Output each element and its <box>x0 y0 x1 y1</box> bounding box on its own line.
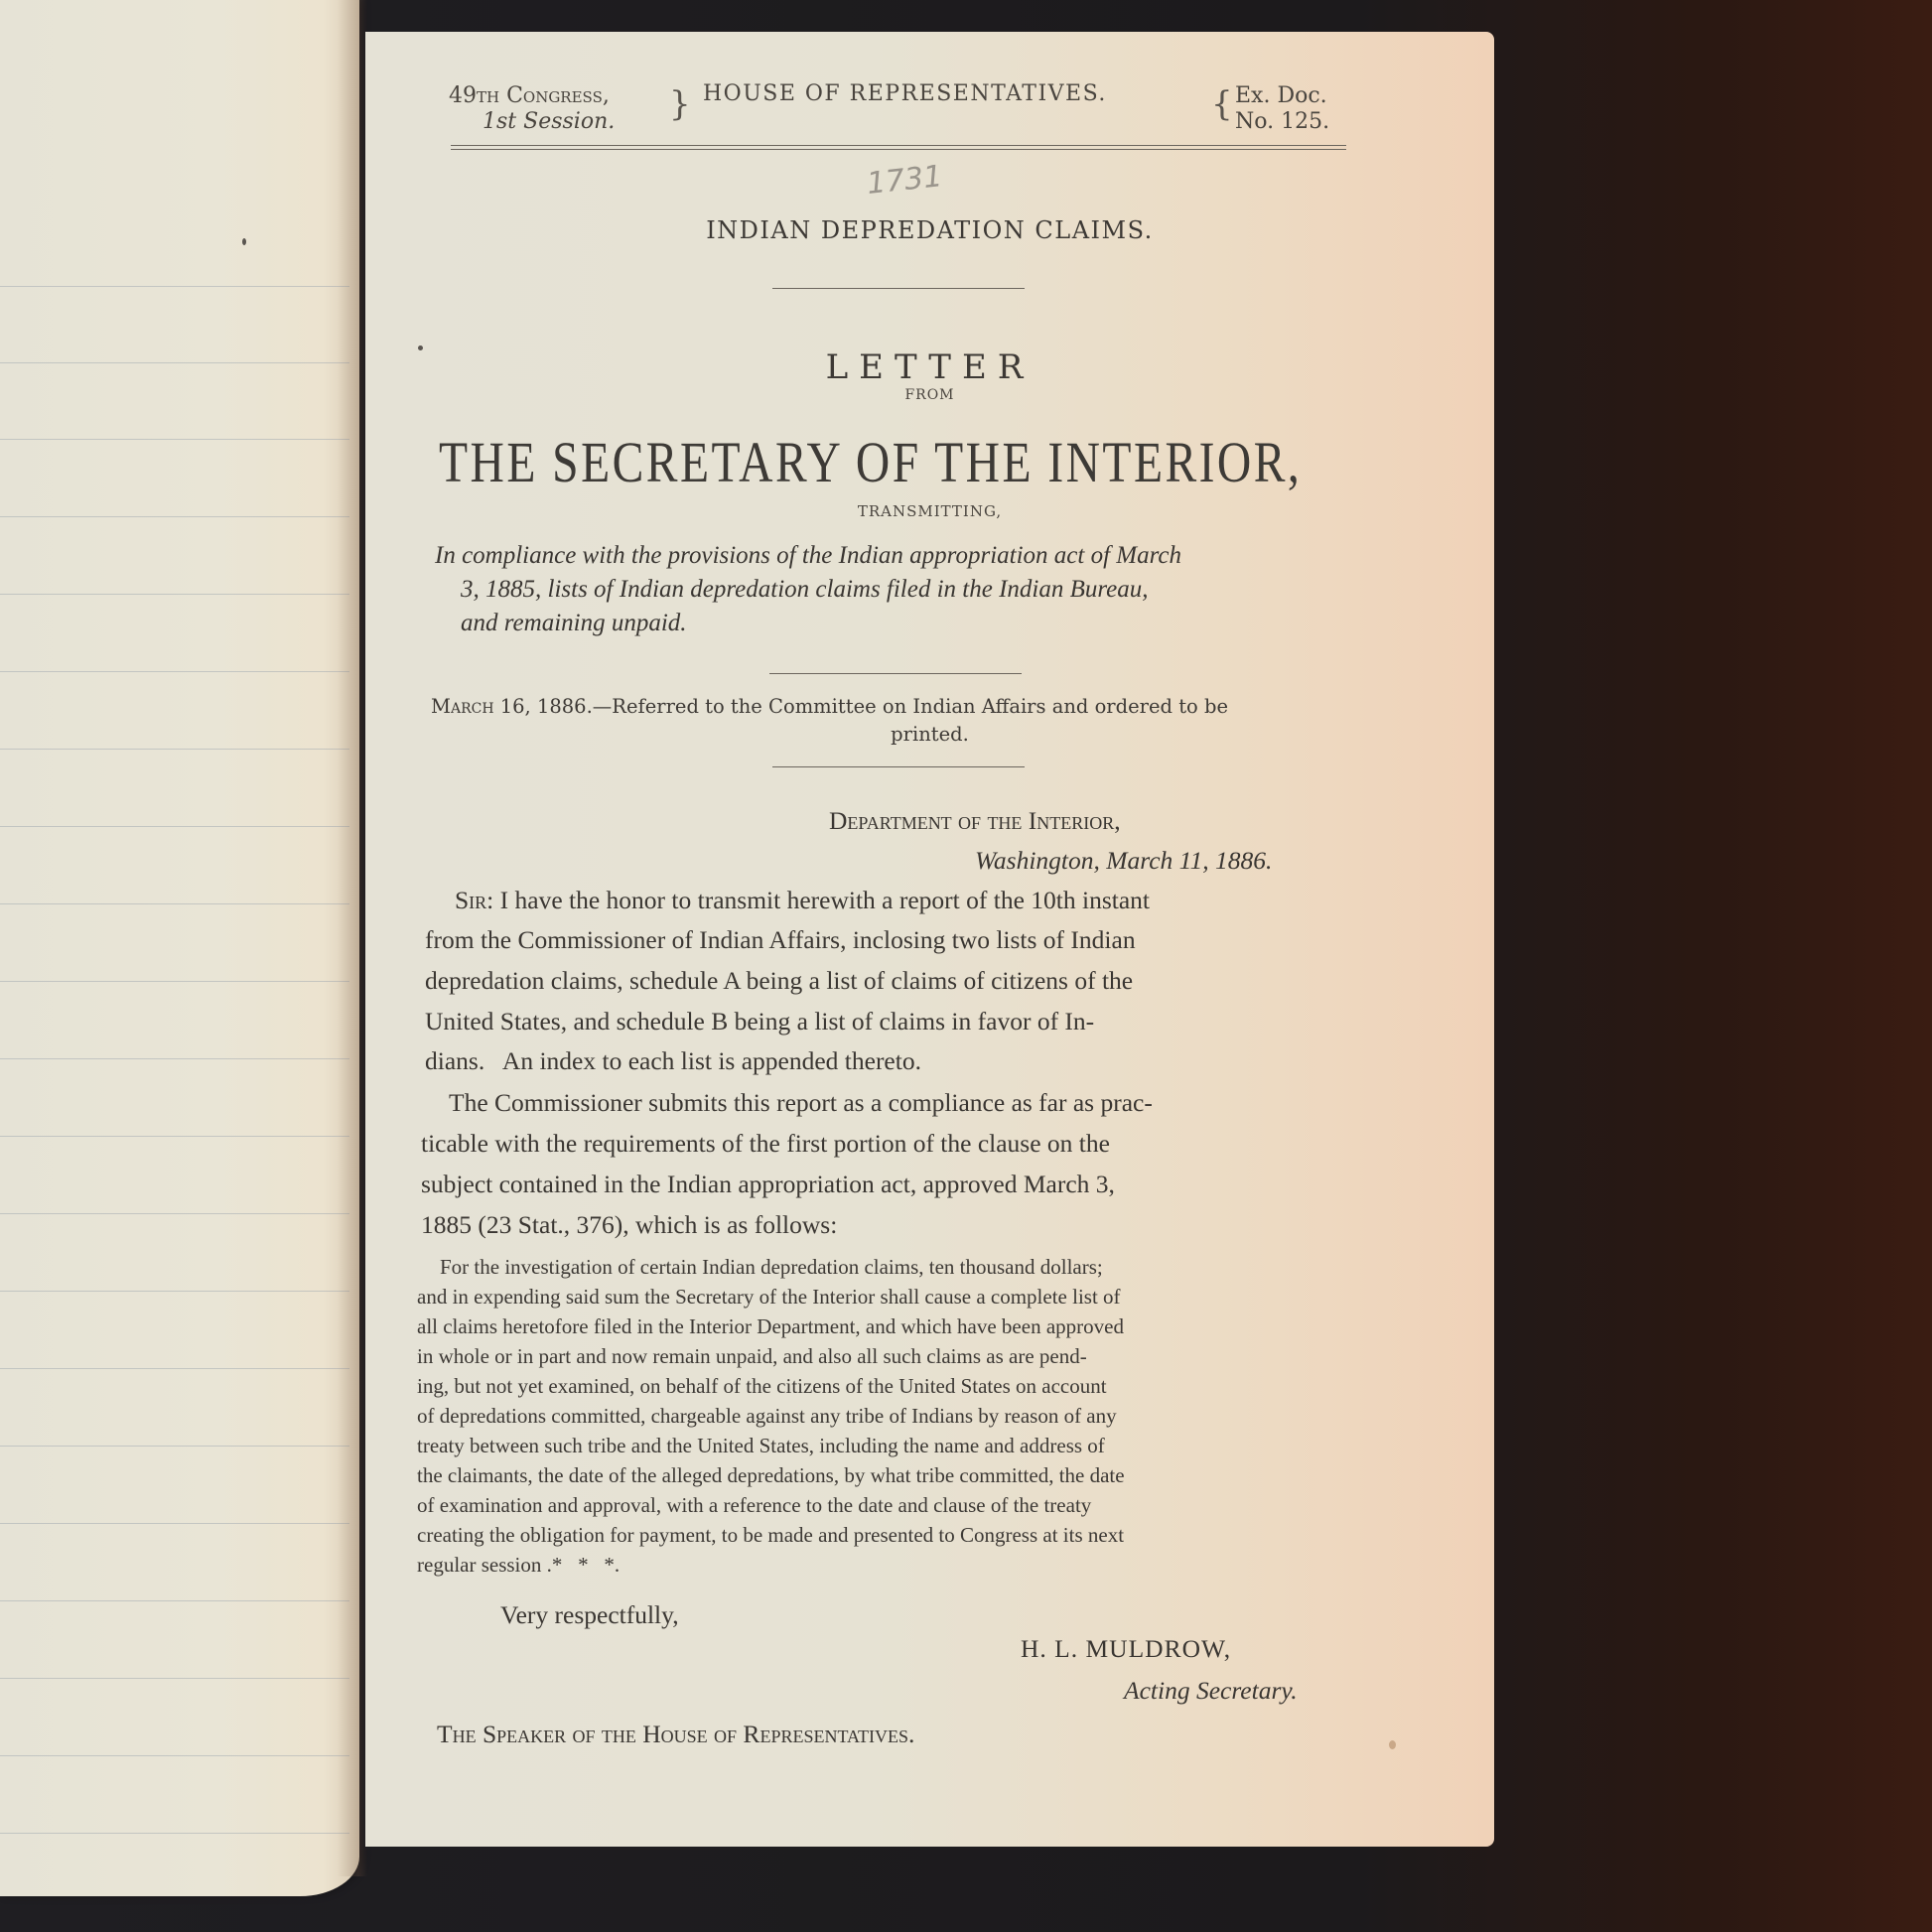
quote-line: in whole or in part and now remain unpai… <box>417 1344 1087 1369</box>
signer-title: Acting Secretary. <box>1124 1676 1298 1706</box>
ruled-line <box>0 671 349 672</box>
ruled-line <box>0 516 349 517</box>
summary-line: In compliance with the provisions of the… <box>435 542 1181 570</box>
quote-line: treaty between such tribe and the United… <box>417 1434 1105 1458</box>
department-label: Department of the Interior, <box>829 806 1121 836</box>
quote-line: of examination and approval, with a refe… <box>417 1493 1091 1518</box>
congress-label: 49th Congress, <box>449 83 610 108</box>
right-brace-icon: { <box>1211 87 1233 121</box>
subject-title: INDIAN DEPREDATION CLAIMS. <box>365 216 1494 244</box>
body-line: depredation claims, schedule A being a l… <box>425 966 1133 996</box>
salutation: Sir: <box>455 886 493 914</box>
ruled-line <box>0 286 349 287</box>
quote-line: For the investigation of certain Indian … <box>440 1255 1103 1280</box>
ruled-line <box>0 594 349 595</box>
quote-line: regular session .* * *. <box>417 1553 620 1578</box>
ruled-line <box>0 1600 349 1601</box>
session-label: 1st Session. <box>483 109 615 134</box>
ruled-line <box>0 749 349 750</box>
quote-line: of depredations committed, chargeable ag… <box>417 1404 1117 1429</box>
ruled-line <box>0 1136 349 1137</box>
body-line: I have the honor to transmit herewith a … <box>500 886 1150 914</box>
header-rule <box>451 145 1346 150</box>
summary-line: and remaining unpaid. <box>461 610 687 637</box>
from-label: FROM <box>365 387 1494 403</box>
quote-line: all claims heretofore filed in the Inter… <box>417 1314 1124 1339</box>
addressee: The Speaker of the House of Representati… <box>437 1720 914 1749</box>
paper-speck <box>242 238 246 245</box>
referral-date: March 16, 1886. <box>431 695 593 718</box>
body-line: dians. An index to each list is appended… <box>425 1046 921 1076</box>
doc-number-label: No. 125. <box>1235 109 1329 134</box>
body-line: ticable with the requirements of the fir… <box>421 1129 1110 1159</box>
handwritten-number: 1731 <box>865 159 944 202</box>
divider <box>772 288 1025 289</box>
ruled-line <box>0 1058 349 1059</box>
signer-name: H. L. MULDROW, <box>1021 1634 1231 1664</box>
body-line: from the Commissioner of Indian Affairs,… <box>425 925 1136 955</box>
body-line: subject contained in the Indian appropri… <box>421 1170 1115 1199</box>
left-brace-icon: } <box>669 87 691 121</box>
document-page: 49th Congress, 1st Session. } HOUSE OF R… <box>365 32 1494 1847</box>
book-spine <box>338 0 367 1876</box>
divider <box>769 673 1022 674</box>
body-line: The Commissioner submits this report as … <box>449 1088 1153 1118</box>
ruled-line <box>0 826 349 827</box>
place-date: Washington, March 11, 1886. <box>975 846 1272 876</box>
ruled-line <box>0 1368 349 1369</box>
body-line: United States, and schedule B being a li… <box>425 1007 1094 1036</box>
referral-text-cont: printed. <box>365 723 1494 746</box>
ruled-line <box>0 439 349 440</box>
ruled-line <box>0 362 349 363</box>
ruled-line <box>0 1755 349 1756</box>
house-label: HOUSE OF REPRESENTATIVES. <box>703 81 1107 106</box>
quote-line: the claimants, the date of the alleged d… <box>417 1463 1125 1488</box>
sender-title: THE SECRETARY OF THE INTERIOR, <box>439 429 1416 495</box>
letter-heading: LETTER <box>365 347 1494 387</box>
ruled-line <box>0 1833 349 1834</box>
referral-text: —Referred to the Committee on Indian Aff… <box>593 695 1228 718</box>
paper-speck <box>418 345 423 350</box>
quote-line: ing, but not yet examined, on behalf of … <box>417 1374 1107 1399</box>
doc-type-label: Ex. Doc. <box>1235 83 1327 108</box>
quote-line: creating the obligation for payment, to … <box>417 1523 1124 1548</box>
left-page-blank <box>0 0 359 1896</box>
ruled-line <box>0 981 349 982</box>
ruled-line <box>0 1291 349 1292</box>
quote-line: and in expending said sum the Secretary … <box>417 1285 1121 1310</box>
ruled-line <box>0 1678 349 1679</box>
paper-stain <box>1389 1740 1396 1749</box>
summary-line: 3, 1885, lists of Indian depredation cla… <box>461 576 1149 604</box>
ruled-line <box>0 1213 349 1214</box>
valediction: Very respectfully, <box>500 1600 679 1630</box>
divider <box>772 766 1025 767</box>
ruled-line <box>0 1523 349 1524</box>
body-line: 1885 (23 Stat., 376), which is as follow… <box>421 1210 837 1240</box>
transmitting-label: TRANSMITTING, <box>365 502 1494 520</box>
ruled-line <box>0 1446 349 1447</box>
ruled-line <box>0 903 349 904</box>
